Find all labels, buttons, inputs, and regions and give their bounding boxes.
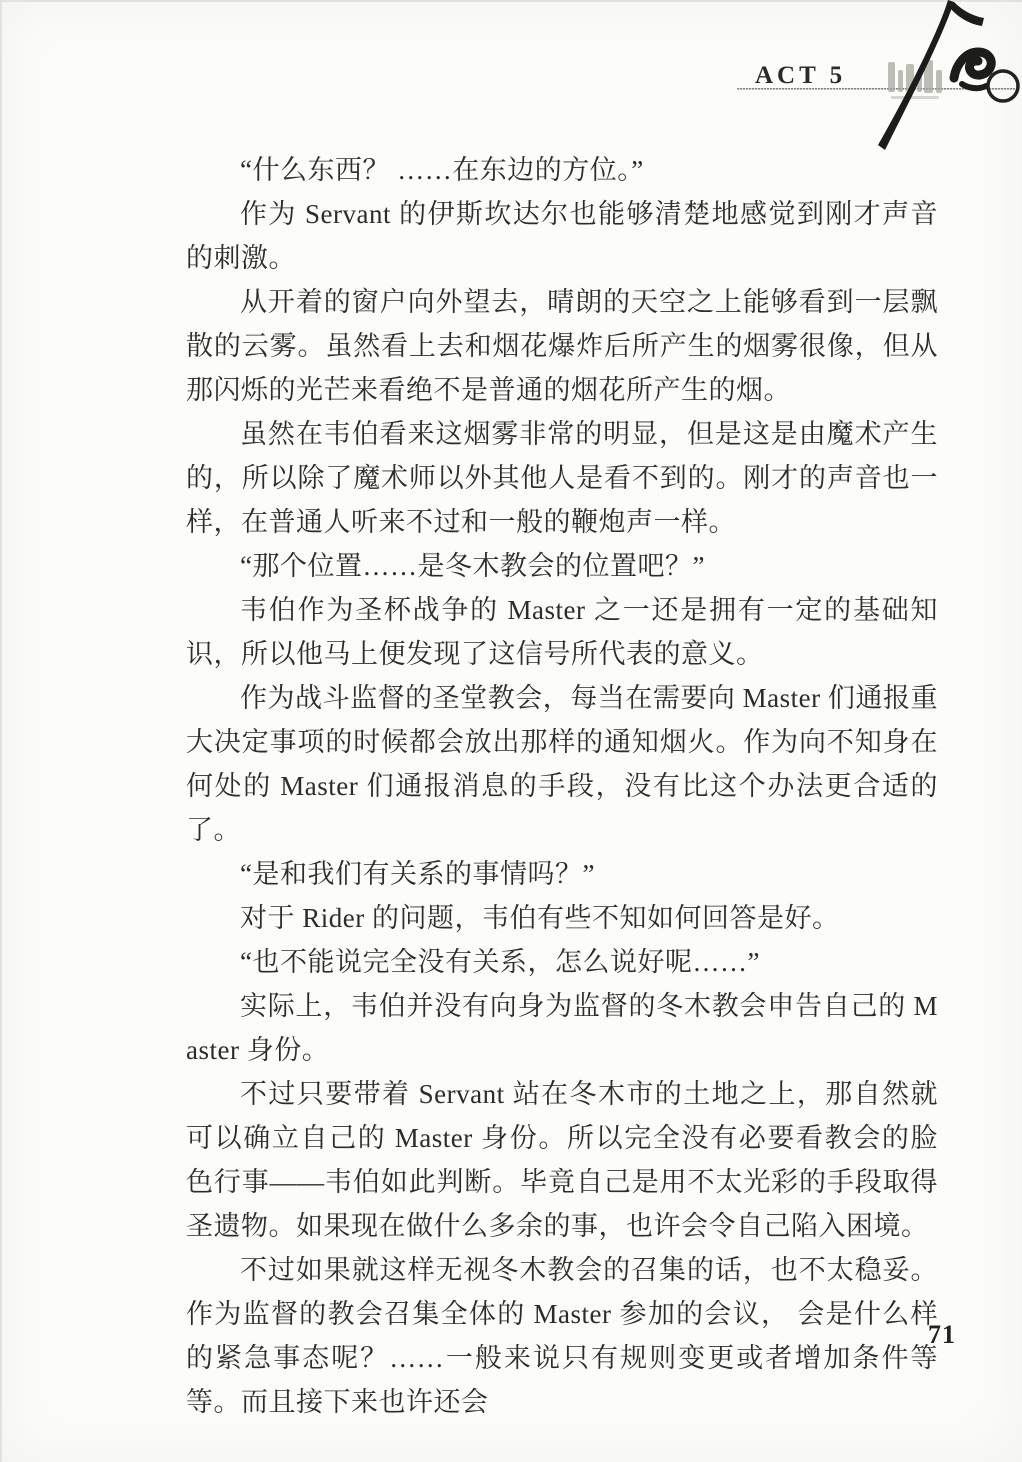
paragraph: 不过如果就这样无视冬木教会的召集的话，也不太稳妥。作为监督的教会召集全体的 Ma… — [186, 1248, 938, 1424]
paragraph: 对于 Rider 的问题，韦伯有些不知如何回答是好。 — [186, 896, 938, 940]
paragraph: “那个位置……是冬木教会的位置吧？” — [186, 544, 938, 588]
paragraph: 作为 Servant 的伊斯坎达尔也能够清楚地感觉到刚才声音的刺激。 — [186, 192, 938, 280]
paragraph: 韦伯作为圣杯战争的 Master 之一还是拥有一定的基础知识，所以他马上便发现了… — [186, 588, 938, 676]
book-page: ACT 5 “什么东西？ ……在东边的方位。”作为 Servant 的伊斯坎达尔… — [0, 0, 1022, 1462]
paragraph: 不过只要带着 Servant 站在冬木市的土地之上，那自然就可以确立自己的 Ma… — [186, 1072, 938, 1248]
paragraph: “也不能说完全没有关系，怎么说好呢……” — [186, 940, 938, 984]
text-block: “什么东西？ ……在东边的方位。”作为 Servant 的伊斯坎达尔也能够清楚地… — [186, 148, 938, 1424]
paragraph: 从开着的窗户向外望去，晴朗的天空之上能够看到一层飘散的云雾。虽然看上去和烟花爆炸… — [186, 280, 938, 412]
paragraph: “是和我们有关系的事情吗？” — [186, 852, 938, 896]
paragraph: “什么东西？ ……在东边的方位。” — [186, 148, 938, 192]
paragraph: 虽然在韦伯看来这烟雾非常的明显，但是这是由魔术产生的，所以除了魔术师以外其他人是… — [186, 412, 938, 544]
page-number: 71 — [928, 1320, 956, 1350]
chapter-header: ACT 5 — [755, 62, 846, 90]
paragraph: 作为战斗监督的圣堂教会，每当在需要向 Master 们通报重大决定事项的时候都会… — [186, 676, 938, 852]
paragraph: 实际上，韦伯并没有向身为监督的冬木教会申告自己的 Master 身份。 — [186, 984, 938, 1072]
zero-brush-logo-icon — [858, 0, 1022, 170]
